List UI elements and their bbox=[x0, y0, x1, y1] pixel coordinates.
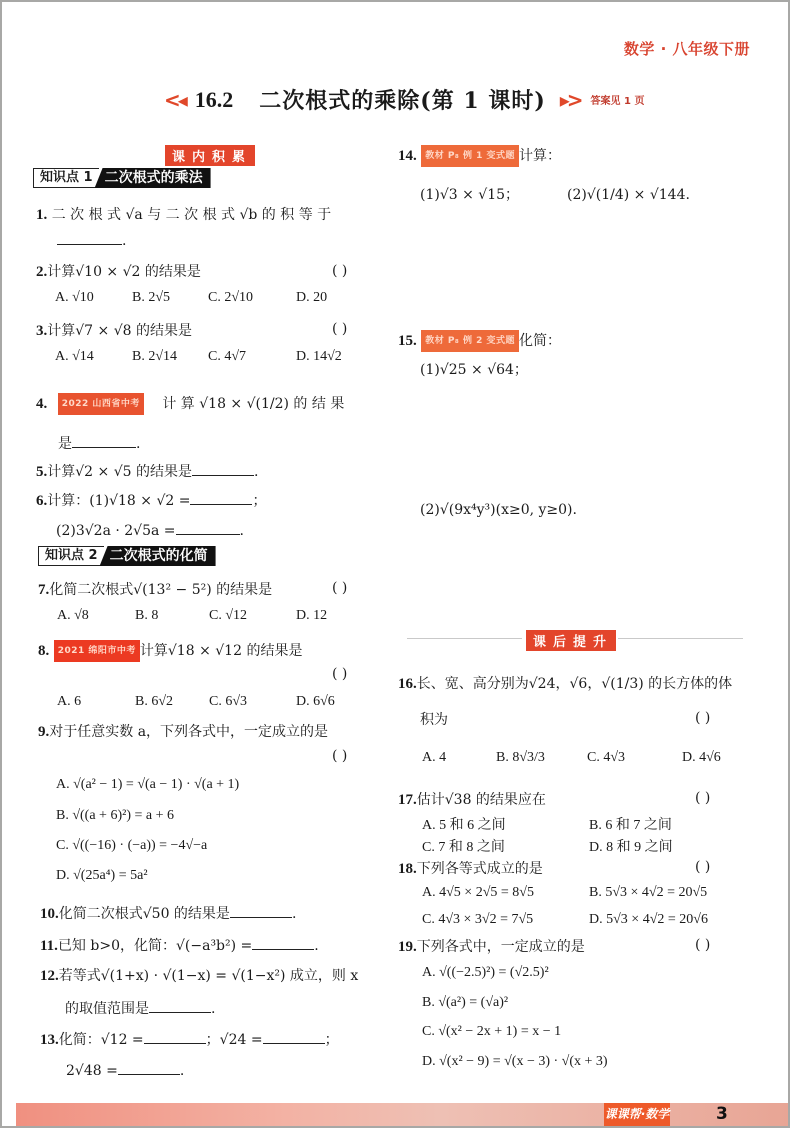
question-17: 17.估计√38 的结果应在 bbox=[398, 790, 546, 810]
answer-blank[interactable] bbox=[230, 903, 292, 918]
page-number: 3 bbox=[716, 1104, 728, 1124]
question-16: 16.长、宽、高分别为√24，√6，√(1/3) 的长方体的体 bbox=[398, 674, 732, 694]
option-d[interactable]: D. 14√2 bbox=[296, 349, 342, 365]
knowledge-point-2: 知识点 2 二次根式的化简 bbox=[38, 546, 216, 566]
option-d[interactable]: D. 4√6 bbox=[682, 750, 721, 766]
answer-paren[interactable]: ( ) bbox=[695, 710, 710, 726]
option-a[interactable]: A. √14 bbox=[55, 349, 94, 365]
answer-paren[interactable]: ( ) bbox=[332, 580, 347, 596]
answer-paren[interactable]: ( ) bbox=[332, 748, 347, 764]
question-6: 6.计算：(1)√18 × √2 =； bbox=[36, 490, 266, 511]
answer-paren[interactable]: ( ) bbox=[695, 859, 710, 875]
answer-blank[interactable] bbox=[176, 520, 240, 535]
after-class-banner: 课后提升 bbox=[526, 630, 616, 651]
footer-brand: 课课帮·数学 bbox=[604, 1103, 670, 1126]
question-15-part-2: (2)√(9x⁴y³)(x≥0, y≥0). bbox=[420, 500, 577, 520]
option-b[interactable]: B. 8√3/3 bbox=[496, 750, 545, 766]
double-arrow-left-icon: <◂ bbox=[164, 88, 185, 112]
option-c[interactable]: C. 4√7 bbox=[208, 349, 246, 365]
in-class-banner: 课内积累 bbox=[165, 145, 255, 166]
question-4: 4. 2022 山西省中考 计 算 √18 × √(1/2) 的 结 果 bbox=[36, 393, 344, 415]
answer-paren[interactable]: ( ) bbox=[332, 666, 347, 682]
question-11: 11.已知 b>0，化简：√(−a³b²) =. bbox=[40, 935, 319, 956]
question-2: 2.计算√10 × √2 的结果是 bbox=[36, 262, 201, 282]
option-b[interactable]: B. 8 bbox=[135, 608, 158, 624]
double-arrow-right-icon: ▸> bbox=[560, 88, 581, 112]
option-a[interactable]: A. √((−2.5)²) = (√2.5)² bbox=[422, 965, 549, 981]
question-15: 15. 教材 P₈ 例 2 变式题化简： bbox=[398, 330, 561, 352]
option-c[interactable]: C. 6√3 bbox=[209, 694, 247, 710]
answer-blank[interactable] bbox=[72, 433, 136, 448]
question-1-answer-line: . bbox=[57, 230, 126, 251]
option-d[interactable]: D. 6√6 bbox=[296, 694, 335, 710]
option-d[interactable]: D. √(x² − 9) = √(x − 3) · √(x + 3) bbox=[422, 1054, 608, 1070]
answer-blank[interactable] bbox=[263, 1029, 325, 1044]
answer-blank[interactable] bbox=[192, 461, 254, 476]
option-a[interactable]: A. 4√5 × 2√5 = 8√5 bbox=[422, 885, 534, 901]
option-c[interactable]: C. 4√3 × 3√2 = 7√5 bbox=[422, 912, 533, 928]
question-13-line2: 2√48 =. bbox=[66, 1060, 184, 1081]
question-19: 19.下列各式中，一定成立的是 bbox=[398, 937, 585, 957]
question-15-part-1: (1)√25 × √64； bbox=[420, 360, 528, 380]
question-4-line2: 是. bbox=[58, 433, 140, 454]
question-12-line2: 的取值范围是. bbox=[65, 998, 215, 1019]
option-d[interactable]: D. 8 和 9 之间 bbox=[589, 836, 673, 856]
question-7: 7.化简二次根式√(13² − 5²) 的结果是 bbox=[38, 580, 272, 600]
book-label: 数学 · 八年级下册 bbox=[624, 38, 750, 59]
answer-paren[interactable]: ( ) bbox=[695, 937, 710, 953]
option-b[interactable]: B. 6 和 7 之间 bbox=[589, 814, 672, 834]
question-18: 18.下列各等式成立的是 bbox=[398, 859, 543, 879]
section-title-row: <◂ 16.2 二次根式的乘除(第 1 课时) ▸> 答案见 1 页 bbox=[164, 84, 644, 115]
option-a[interactable]: A. 4 bbox=[422, 750, 446, 766]
answer-paren[interactable]: ( ) bbox=[332, 321, 347, 337]
option-c[interactable]: C. 2√10 bbox=[208, 290, 253, 306]
question-3: 3.计算√7 × √8 的结果是 bbox=[36, 321, 192, 341]
source-tag: 教材 P₈ 例 1 变式题 bbox=[421, 145, 519, 167]
question-1: 1. 二 次 根 式 √a 与 二 次 根 式 √b 的 积 等 于 bbox=[36, 205, 331, 225]
answer-paren[interactable]: ( ) bbox=[695, 790, 710, 806]
answer-paren[interactable]: ( ) bbox=[332, 263, 347, 279]
question-8: 8. 2021 绵阳市中考计算√18 × √12 的结果是 bbox=[38, 640, 302, 662]
answer-reference: 答案见 1 页 bbox=[591, 92, 645, 107]
option-b[interactable]: B. 5√3 × 4√2 = 20√5 bbox=[589, 885, 707, 901]
option-b[interactable]: B. √(a²) = (√a)² bbox=[422, 995, 508, 1011]
option-b[interactable]: B. 2√14 bbox=[132, 349, 177, 365]
option-b[interactable]: B. √((a + 6)²) = a + 6 bbox=[56, 808, 174, 824]
question-14: 14. 教材 P₈ 例 1 变式题计算： bbox=[398, 145, 561, 167]
option-c[interactable]: C. √12 bbox=[209, 608, 247, 624]
option-a[interactable]: A. √10 bbox=[55, 290, 94, 306]
question-5: 5.计算√2 × √5 的结果是. bbox=[36, 461, 258, 482]
option-a[interactable]: A. √(a² − 1) = √(a − 1) · √(a + 1) bbox=[56, 777, 239, 793]
answer-blank[interactable] bbox=[57, 230, 122, 245]
workbook-page: 数学 · 八年级下册 <◂ 16.2 二次根式的乘除(第 1 课时) ▸> 答案… bbox=[2, 2, 788, 1126]
question-6-part-2: (2)3√2a · 2√5a =. bbox=[56, 520, 244, 541]
option-d[interactable]: D. 20 bbox=[296, 290, 327, 306]
section-title: 二次根式的乘除(第 1 课时) bbox=[259, 84, 545, 115]
option-a[interactable]: A. 5 和 6 之间 bbox=[422, 814, 506, 834]
question-14-part-1: (1)√3 × √15； bbox=[420, 185, 519, 205]
option-c[interactable]: C. 7 和 8 之间 bbox=[422, 836, 505, 856]
option-d[interactable]: D. 12 bbox=[296, 608, 327, 624]
answer-blank[interactable] bbox=[149, 998, 211, 1013]
answer-blank[interactable] bbox=[144, 1029, 206, 1044]
question-12: 12.若等式√(1+x) · √(1−x) = √(1−x²) 成立，则 x bbox=[40, 966, 358, 986]
divider-line bbox=[618, 638, 743, 639]
option-b[interactable]: B. 6√2 bbox=[135, 694, 173, 710]
answer-blank[interactable] bbox=[118, 1060, 180, 1075]
option-b[interactable]: B. 2√5 bbox=[132, 290, 170, 306]
option-a[interactable]: A. 6 bbox=[57, 694, 81, 710]
knowledge-point-1: 知识点 1 二次根式的乘法 bbox=[33, 168, 211, 188]
source-tag: 2021 绵阳市中考 bbox=[54, 640, 140, 662]
answer-blank[interactable] bbox=[252, 935, 314, 950]
question-9: 9.对于任意实数 a，下列各式中，一定成立的是 bbox=[38, 722, 328, 742]
source-tag: 教材 P₈ 例 2 变式题 bbox=[421, 330, 519, 352]
option-c[interactable]: C. √((−16) · (−a)) = −4√−a bbox=[56, 838, 207, 854]
section-number: 16.2 bbox=[195, 87, 234, 113]
question-16-line2: 积为 bbox=[420, 710, 448, 730]
option-c[interactable]: C. √(x² − 2x + 1) = x − 1 bbox=[422, 1024, 561, 1040]
option-c[interactable]: C. 4√3 bbox=[587, 750, 625, 766]
question-10: 10.化简二次根式√50 的结果是. bbox=[40, 903, 296, 924]
question-14-part-2: (2)√(1/4) × √144. bbox=[567, 185, 690, 205]
option-d[interactable]: D. √(25a⁴) = 5a² bbox=[56, 868, 148, 884]
source-tag: 2022 山西省中考 bbox=[58, 393, 144, 415]
divider-line bbox=[407, 638, 522, 639]
option-a[interactable]: A. √8 bbox=[57, 608, 89, 624]
answer-blank[interactable] bbox=[190, 490, 252, 505]
footer-band: 课课帮·数学 3 bbox=[16, 1103, 788, 1126]
question-13: 13.化简：√12 =；√24 =； bbox=[40, 1029, 339, 1050]
option-d[interactable]: D. 5√3 × 4√2 = 20√6 bbox=[589, 912, 708, 928]
